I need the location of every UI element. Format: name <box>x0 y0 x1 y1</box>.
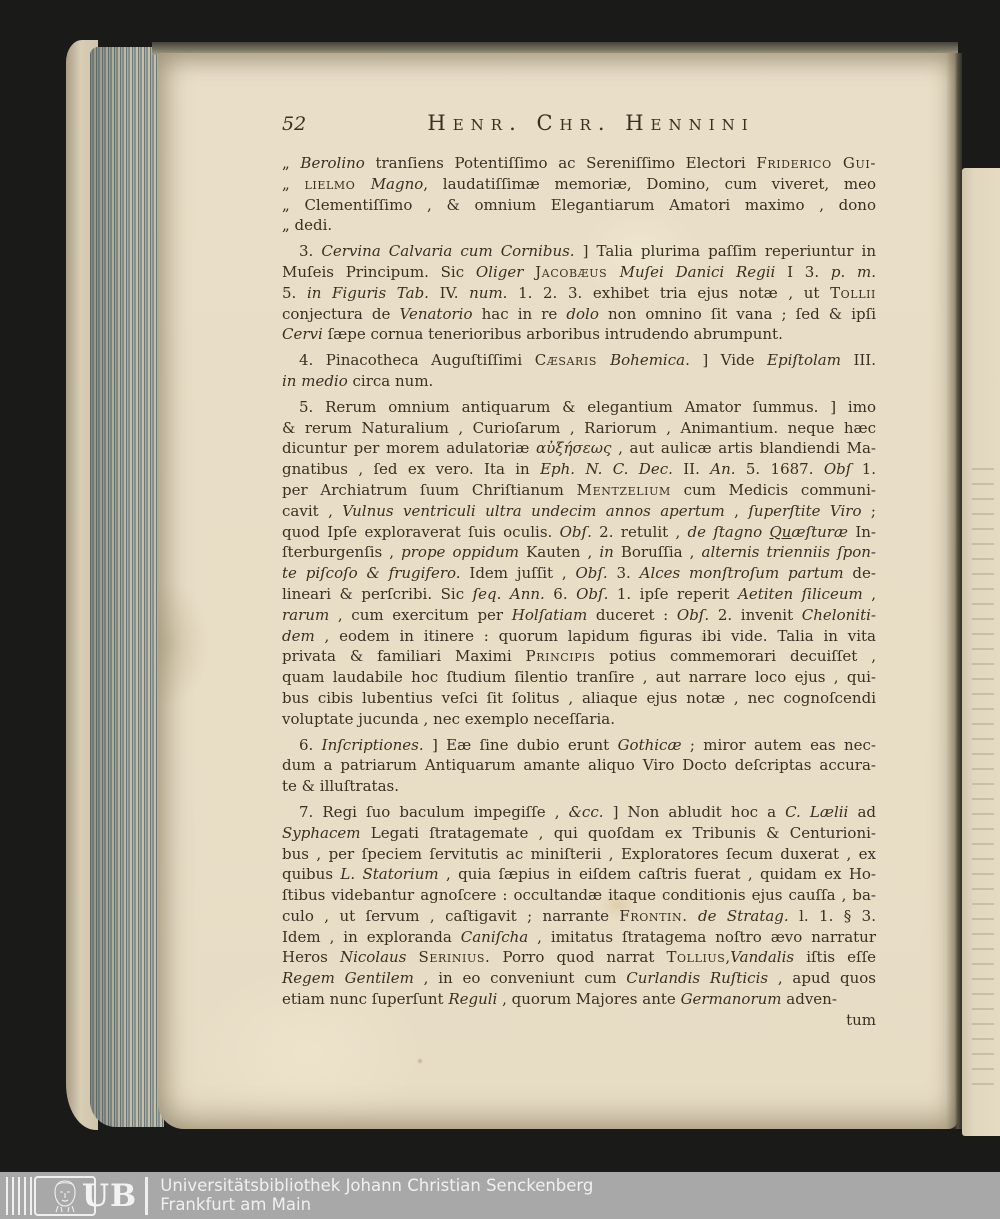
text-segment: in medio <box>282 372 348 390</box>
facing-page-ghost-text <box>972 468 994 1098</box>
text-block: „ Berolino tranſiens Potentiſſimo ac Ser… <box>282 153 876 1010</box>
text-segment: dicuntur per morem adulatoriæ <box>282 439 536 457</box>
text-segment: , in eo conveniunt cum <box>414 969 626 987</box>
text-line: 3. Cervina Calvaria cum Cornibus. ] Tali… <box>282 241 876 262</box>
text-segment: Cervina Calvaria cum Cornibus. <box>321 242 574 260</box>
text-segment: Curlandis Ruſticis <box>626 969 768 987</box>
text-segment: iſtis eſſe <box>794 948 876 966</box>
text-line: quod Ipſe exploraverat ſuis oculis. Obſ.… <box>282 522 876 543</box>
text-segment: dum a patriarum Antiquarum amante aliquo… <box>282 756 876 774</box>
gutter-shadow <box>946 53 962 1129</box>
text-segment: Aetiten ſiliceum <box>738 585 863 603</box>
text-line: in medio circa num. <box>282 371 876 392</box>
text-segment: IV. <box>429 284 469 302</box>
library-footer-banner: UB Universitätsbibliothek Johann Christi… <box>0 1172 1000 1219</box>
text-segment: An. <box>710 460 735 478</box>
text-segment: p. m. <box>831 263 876 281</box>
text-segment: quibus <box>282 865 340 883</box>
text-segment: Berolino <box>300 154 364 172</box>
text-line: te piſcoſo & frugifero. Idem juſſit , Ob… <box>282 563 876 584</box>
text-segment: C. Lælii <box>785 803 848 821</box>
text-segment: privata & familiari Maximi <box>282 647 526 665</box>
text-segment: , cum exercitum per <box>329 606 512 624</box>
text-line: Idem , in exploranda Caniſcha , imitatus… <box>282 927 876 948</box>
facing-page-edge <box>962 168 1000 1136</box>
text-segment: Muſeis Principum. Sic <box>282 263 476 281</box>
paragraph: 3. Cervina Calvaria cum Cornibus. ] Tali… <box>282 241 876 345</box>
text-segment: Germanorum <box>681 990 782 1008</box>
text-segment: Cæsaris <box>535 351 610 369</box>
text-segment: 6. <box>545 585 576 603</box>
text-segment: prope oppidum <box>401 543 519 561</box>
text-segment: Regem Gentilem <box>282 969 414 987</box>
text-segment: alternis trienniis ſpon- <box>702 543 877 561</box>
text-segment: III. <box>841 351 876 369</box>
text-line: 5. Rerum omnium antiquarum & elegantium … <box>282 397 876 418</box>
text-segment: , apud quos <box>768 969 876 987</box>
text-segment: Porro quod narrat <box>490 948 666 966</box>
text-segment: ſeq. Ann. <box>473 585 545 603</box>
logo-divider <box>145 1177 148 1215</box>
text-segment: circa num. <box>348 372 434 390</box>
text-line: bus cibis lubentius veſci ſit ſolitus , … <box>282 688 876 709</box>
catchword: tum <box>282 1010 876 1031</box>
text-line: bus , per ſpeciem ſervitutis ac miniſter… <box>282 844 876 865</box>
text-segment: Nicolaus <box>340 948 419 966</box>
text-segment: Muſei Danici Regii <box>620 263 776 281</box>
text-segment: L. Statorium <box>340 865 438 883</box>
text-line: Regem Gentilem , in eo conveniunt cum Cu… <box>282 968 876 989</box>
text-segment <box>688 907 698 925</box>
text-line: 4. Pinacotheca Auguſtiſſimi Cæsaris Bohe… <box>282 350 876 371</box>
text-line: te & illuſtratas. <box>282 776 876 797</box>
text-segment: Obſ. <box>560 523 592 541</box>
text-line: Heros Nicolaus Serinius. Porro quod narr… <box>282 947 876 968</box>
text-segment: culo , ut ſervum , caſtigavit ; narrante <box>282 907 619 925</box>
text-segment: quam laudabile hoc ſtudium ſilentio tran… <box>282 668 876 686</box>
text-line: „ Clementiſſimo , & omnium Elegantiarum … <box>282 195 876 216</box>
text-segment: te piſcoſo & frugifero. <box>282 564 461 582</box>
text-segment: ſæpe cornua tenerioribus arboribus intru… <box>323 325 783 343</box>
text-segment: Frontin. <box>619 907 687 925</box>
text-segment: Bohemica. <box>610 351 690 369</box>
book-spine-lines-icon <box>6 1177 32 1215</box>
text-segment: æſturæ <box>791 523 848 541</box>
text-line: ſtibus videbantur agnoſcere : occultandæ… <box>282 885 876 906</box>
library-name-line1: Universitätsbibliothek Johann Christian … <box>160 1177 593 1196</box>
text-segment: bus , per ſpeciem ſervitutis ac miniſter… <box>282 845 876 863</box>
text-line: 5. in Figuris Tab. IV. num. 1. 2. 3. exh… <box>282 283 876 304</box>
library-name: Universitätsbibliothek Johann Christian … <box>160 1177 593 1214</box>
text-segment: , <box>863 585 876 603</box>
text-segment: bus cibis lubentius veſci ſit ſolitus , … <box>282 689 876 707</box>
text-segment: ; miror autem eas nec- <box>682 736 876 754</box>
text-segment: l. 1. § 3. <box>789 907 876 925</box>
page-header: 52 Henr. Chr. Hennini <box>282 111 876 141</box>
text-segment: in Figuris Tab. <box>307 284 429 302</box>
text-line: dem , eodem in itinere : quorum lapidum … <box>282 626 876 647</box>
text-segment: , laudatiſſimæ memoriæ, Domino, cum vive… <box>423 175 876 193</box>
text-segment: 6. <box>299 736 322 754</box>
text-segment: &cc. <box>569 803 604 821</box>
text-segment: 7. Regi ſuo baculum impegiſſe , <box>299 803 569 821</box>
text-segment: gnatibus , ſed ex vero. Ita in <box>282 460 540 478</box>
text-line: rarum , cum exercitum per Holſatiam duce… <box>282 605 876 626</box>
text-segment: non omnino ſit vana ; ſed & ipſi <box>599 305 876 323</box>
text-line: privata & familiari Maximi Principis pot… <box>282 646 876 667</box>
ub-logo-text: UB <box>82 1178 137 1214</box>
text-segment: Mentzelium <box>577 481 671 499</box>
text-segment: Idem , in exploranda <box>282 928 461 946</box>
text-segment: 1. 2. 3. exhibet tria ejus notæ , ut <box>507 284 830 302</box>
text-segment: 4. Pinacotheca Auguſtiſſimi <box>299 351 535 369</box>
text-segment: tranſiens Potentiſſimo ac Sereniſſimo El… <box>365 154 757 172</box>
text-segment: adven- <box>782 990 837 1008</box>
text-segment: „ <box>282 175 305 193</box>
text-segment: Serinius. <box>419 948 491 966</box>
text-segment: Vandalis <box>730 948 794 966</box>
text-line: Syphacem Legati ſtratagemate , qui quoſd… <box>282 823 876 844</box>
text-segment: Obſ. <box>576 585 608 603</box>
text-segment: Caniſcha <box>461 928 528 946</box>
text-segment: Inſcriptiones. <box>322 736 424 754</box>
text-segment: lineari & perſcribi. Sic <box>282 585 473 603</box>
text-segment: per Archiatrum ſuum Chriſtianum <box>282 481 577 499</box>
text-segment: „ dedi. <box>282 216 332 234</box>
text-segment: Tollii <box>830 284 876 302</box>
text-segment: Holſatiam <box>512 606 587 624</box>
text-segment: & rerum Naturalium , Curioſarum , Rarior… <box>282 419 876 437</box>
page-number: 52 <box>282 113 306 135</box>
text-segment: I 3. <box>775 263 831 281</box>
text-segment: ] Non abludit hoc a <box>603 803 785 821</box>
text-segment: Heros <box>282 948 340 966</box>
text-line: „ dedi. <box>282 215 876 236</box>
text-segment: Cheloniti- <box>802 606 876 624</box>
text-segment: rarum <box>282 606 329 624</box>
text-segment: „ <box>282 154 300 172</box>
text-segment: Tollius <box>666 948 725 966</box>
text-segment: Obſ. <box>575 564 607 582</box>
text-line: dum a patriarum Antiquarum amante aliquo… <box>282 755 876 776</box>
text-line: quam laudabile hoc ſtudium ſilentio tran… <box>282 667 876 688</box>
text-segment: Oliger <box>476 263 535 281</box>
text-segment: In- <box>848 523 876 541</box>
text-segment: Eph. N. C. Dec. <box>540 460 673 478</box>
text-segment: Obſ. <box>677 606 709 624</box>
text-segment: cum Medicis communi- <box>671 481 876 499</box>
running-title: Henr. Chr. Hennini <box>306 111 876 135</box>
text-segment: Magno <box>371 175 424 193</box>
text-segment: 2. invenit <box>709 606 802 624</box>
scanned-book-viewer: 52 Henr. Chr. Hennini „ Berolino tranſie… <box>0 0 1000 1219</box>
text-segment: Idem juſſit , <box>461 564 576 582</box>
text-line: dicuntur per morem adulatoriæ αὐξήσεως ,… <box>282 438 876 459</box>
text-segment: Friderico Gui- <box>756 154 876 172</box>
text-segment: , aut aulicæ artis blandiendi Ma- <box>611 439 876 457</box>
text-segment: etiam nunc ſuperſunt <box>282 990 448 1008</box>
text-segment: Principis <box>526 647 596 665</box>
text-segment: 5. <box>282 284 307 302</box>
text-segment: Obſ <box>824 460 851 478</box>
text-segment: , quorum Majores ante <box>497 990 680 1008</box>
text-segment: hac in re <box>473 305 567 323</box>
paragraph: 7. Regi ſuo baculum impegiſſe , &cc. ] N… <box>282 802 876 1010</box>
text-line: „ lielmo Magno, laudatiſſimæ memoriæ, Do… <box>282 174 876 195</box>
text-segment: cavit , <box>282 502 342 520</box>
text-segment: Legati ſtratagemate , qui quoſdam ex Tri… <box>360 824 876 842</box>
text-segment: de Stratag. <box>698 907 789 925</box>
text-segment: Boruſſia , <box>614 543 702 561</box>
text-segment: Epiſtolam <box>767 351 841 369</box>
text-line: culo , ut ſervum , caſtigavit ; narrante… <box>282 906 876 927</box>
text-segment: num. <box>469 284 507 302</box>
text-segment: duceret : <box>587 606 677 624</box>
text-segment: 3. <box>608 564 640 582</box>
text-segment: ſterburgenſis , <box>282 543 401 561</box>
page-stack-edges <box>90 47 164 1127</box>
text-segment: potius commemorari decuiſſet , <box>595 647 876 665</box>
paragraph: 4. Pinacotheca Auguſtiſſimi Cæsaris Bohe… <box>282 350 876 392</box>
text-line: lineari & perſcribi. Sic ſeq. Ann. 6. Ob… <box>282 584 876 605</box>
text-line: & rerum Naturalium , Curioſarum , Rarior… <box>282 418 876 439</box>
text-segment: 5. 1687. <box>736 460 824 478</box>
text-line: cavit , Vulnus ventriculi ultra undecim … <box>282 501 876 522</box>
text-segment: conjectura de <box>282 305 400 323</box>
text-segment: Jacobæus <box>535 263 619 281</box>
text-segment: in <box>599 543 613 561</box>
text-segment: ] Vide <box>690 351 767 369</box>
text-segment: Kauten , <box>519 543 599 561</box>
portrait-icon <box>45 1179 85 1213</box>
text-line: Muſeis Principum. Sic Oliger Jacobæus Mu… <box>282 262 876 283</box>
text-line: conjectura de Venatorio hac in re dolo n… <box>282 304 876 325</box>
text-segment: II. <box>673 460 710 478</box>
paragraph: 5. Rerum omnium antiquarum & elegantium … <box>282 397 876 730</box>
text-segment: 3. <box>299 242 321 260</box>
library-name-line2: Frankfurt am Main <box>160 1196 593 1215</box>
text-segment: αὐξήσεως <box>536 439 611 457</box>
text-segment: Alces monſtroſum partum <box>640 564 844 582</box>
text-segment: de ſtagno <box>688 523 770 541</box>
text-line: Cervi ſæpe cornua tenerioribus arboribus… <box>282 324 876 345</box>
text-segment: dolo <box>566 305 598 323</box>
text-line: gnatibus , ſed ex vero. Ita in Eph. N. C… <box>282 459 876 480</box>
text-segment: te & illuſtratas. <box>282 777 399 795</box>
text-segment: , quia ſæpius in eiſdem caſtris fuerat ,… <box>439 865 876 883</box>
text-segment: voluptate jucunda , nec exemplo neceſſar… <box>282 710 615 728</box>
text-segment: , imitatus ſtratagema noſtro ævo narratu… <box>528 928 876 946</box>
text-segment: ſtibus videbantur agnoſcere : occultandæ… <box>282 886 876 904</box>
book-page: 52 Henr. Chr. Hennini „ Berolino tranſie… <box>158 53 958 1129</box>
text-segment: Syphacem <box>282 824 360 842</box>
text-segment: 2. retulit , <box>592 523 688 541</box>
text-segment: Qu <box>769 523 791 541</box>
text-line: quibus L. Statorium , quia ſæpius in eiſ… <box>282 864 876 885</box>
text-segment: 1. <box>851 460 876 478</box>
text-line: „ Berolino tranſiens Potentiſſimo ac Ser… <box>282 153 876 174</box>
text-segment: „ Clementiſſimo , & omnium Elegantiarum … <box>282 196 876 214</box>
text-segment: 1. ipſe reperit <box>608 585 738 603</box>
text-segment: , <box>725 502 749 520</box>
text-line: 6. Inſcriptiones. ] Eæ ſine dubio erunt … <box>282 735 876 756</box>
text-segment: Vulnus ventriculi ultra undecim annos ap… <box>342 502 724 520</box>
text-segment: Cervi <box>282 325 323 343</box>
text-segment: quod Ipſe exploraverat ſuis oculis. <box>282 523 560 541</box>
text-line: voluptate jucunda , nec exemplo neceſſar… <box>282 709 876 730</box>
text-segment: dem <box>282 627 315 645</box>
text-segment: ſuperſtite Viro <box>748 502 861 520</box>
text-line: 7. Regi ſuo baculum impegiſſe , &cc. ] N… <box>282 802 876 823</box>
text-segment: Reguli <box>448 990 497 1008</box>
text-line: ſterburgenſis , prope oppidum Kauten , i… <box>282 542 876 563</box>
paragraph: 6. Inſcriptiones. ] Eæ ſine dubio erunt … <box>282 735 876 797</box>
text-segment: ; <box>862 502 876 520</box>
text-segment: 5. Rerum omnium antiquarum & elegantium … <box>299 398 876 416</box>
text-segment: lielmo <box>305 175 371 193</box>
paragraph: „ Berolino tranſiens Potentiſſimo ac Ser… <box>282 153 876 236</box>
text-segment: ] Talia plurima paſſim reperiuntur in <box>575 242 876 260</box>
text-segment: ] Eæ ſine dubio erunt <box>424 736 618 754</box>
text-segment: ad <box>848 803 876 821</box>
text-segment: de- <box>844 564 876 582</box>
text-segment: Gothicæ <box>618 736 682 754</box>
text-segment: , eodem in itinere : quorum lapidum figu… <box>315 627 876 645</box>
printed-content: 52 Henr. Chr. Hennini „ Berolino tranſie… <box>282 111 876 1031</box>
text-segment: Venatorio <box>400 305 473 323</box>
text-line: per Archiatrum ſuum Chriſtianum Mentzeli… <box>282 480 876 501</box>
text-line: etiam nunc ſuperſunt Reguli , quorum Maj… <box>282 989 876 1010</box>
